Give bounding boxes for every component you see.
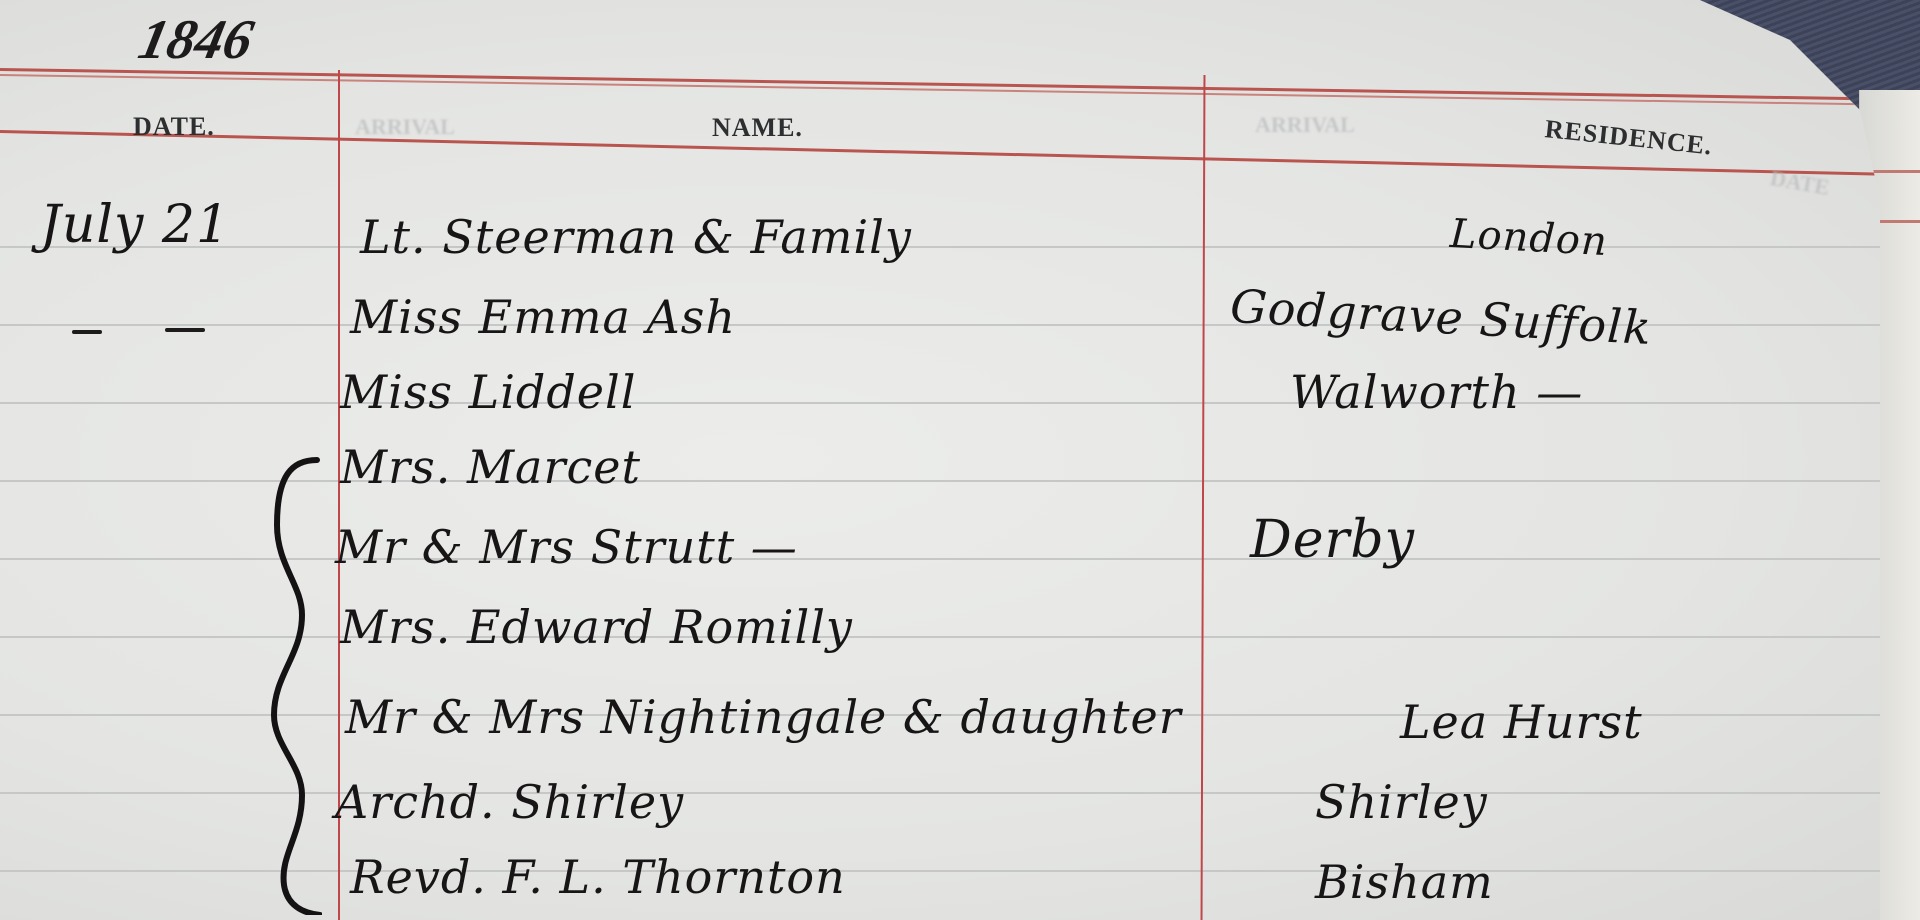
entry-name: Revd. F. L. Thornton <box>350 850 846 904</box>
entry-residence: Lea Hurst <box>1400 695 1643 749</box>
entry-name: Archd. Shirley <box>335 775 684 829</box>
entry-date: July 21 <box>40 195 230 255</box>
column-header-date: DATE. <box>133 112 215 142</box>
ditto-mark <box>72 330 102 334</box>
entry-residence: Walworth — <box>1290 365 1583 419</box>
entry-name: Mr & Mrs Strutt — <box>335 520 798 574</box>
entry-residence: London <box>1449 211 1609 265</box>
grouping-bracket-icon <box>262 455 322 915</box>
column-header-ghost-mid: ARRIVAL <box>1255 112 1355 138</box>
entry-name: Mrs. Edward Romilly <box>340 600 853 654</box>
entry-residence: Shirley <box>1315 775 1488 829</box>
entry-name: Miss Emma Ash <box>350 290 736 344</box>
entry-name: Mr & Mrs Nightingale & daughter <box>345 690 1182 744</box>
entry-residence: Bisham <box>1315 855 1494 909</box>
entry-name: Mrs. Marcet <box>340 440 641 494</box>
entry-name: Miss Liddell <box>340 365 636 419</box>
ditto-mark <box>165 328 205 332</box>
entry-residence: Derby <box>1250 510 1415 570</box>
column-header-ghost-left: ARRIVAL <box>355 114 455 140</box>
register-page: 1846 DATE. ARRIVAL NAME. ARRIVAL RESIDEN… <box>0 0 1880 920</box>
entry-name: Lt. Steerman & Family <box>360 210 912 264</box>
header-top-rule-inner <box>0 74 1880 106</box>
column-header-name: NAME. <box>712 113 803 143</box>
header-top-rule <box>0 68 1880 101</box>
column-header-residence: RESIDENCE. <box>1543 114 1713 161</box>
year-heading: 1846 <box>133 8 259 72</box>
